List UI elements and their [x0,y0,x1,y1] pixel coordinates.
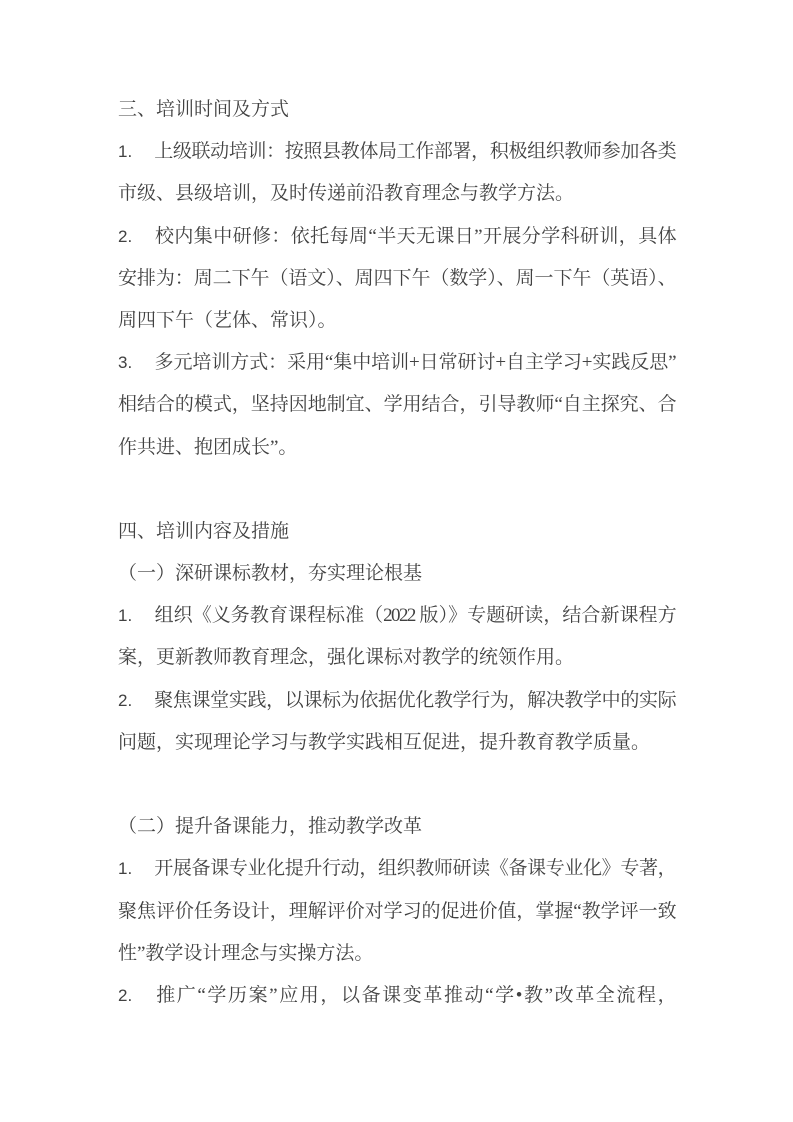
numbered-item: 1.上级联动培训：按照县教体局工作部署，积极组织教师参加各类 [118,131,675,173]
paragraph-line: 聚焦评价任务设计，理解评价对学习的促进价值，掌握“教学评一致 [118,891,675,933]
paragraph-line: 案，更新教师教育理念，强化课标对教学的统领作用。 [118,637,675,679]
numbered-item: 1.组织《义务教育课程标准（2022 版）》专题研读，结合新课程方 [118,595,675,637]
item-text: 校内集中研修：依托每周“半天无课日”开展分学科研训，具体 [153,226,675,247]
document-page: 三、培训时间及方式 1.上级联动培训：按照县教体局工作部署，积极组织教师参加各类… [0,0,793,1122]
numbered-item: 3.多元培训方式：采用“集中培训+日常研讨+自主学习+实践反思” [118,342,675,384]
section-heading: 四、培训内容及措施 [118,511,675,553]
item-text: 开展备课专业化提升行动，组织教师研读《备课专业化》专著， [153,858,675,879]
subsection-heading: （一）深研课标教材，夯实理论根基 [118,553,675,595]
item-text: 组织《义务教育课程标准（2022 版）》专题研读，结合新课程方 [153,605,675,626]
item-text: 聚焦课堂实践，以课标为依据优化教学行为，解决教学中的实际 [153,690,675,711]
subsection-heading: （二）提升备课能力，推动教学改革 [118,806,675,848]
numbered-item: 2.校内集中研修：依托每周“半天无课日”开展分学科研训，具体 [118,216,675,258]
numbered-item: 2.聚焦课堂实践，以课标为依据优化教学行为，解决教学中的实际 [118,680,675,722]
item-number: 2. [118,975,153,1017]
paragraph-line: 问题，实现理论学习与教学实践相互促进，提升教育教学质量。 [118,722,675,764]
numbered-item: 2.推广“学历案”应用，以备课变革推动“学•教”改革全流程， [118,975,675,1017]
paragraph-line: 市级、县级培训，及时传递前沿教育理念与教学方法。 [118,173,675,215]
item-number: 3. [118,342,153,384]
item-text: 上级联动培训：按照县教体局工作部署，积极组织教师参加各类 [153,141,675,162]
item-text: 推广“学历案”应用，以备课变革推动“学•教”改革全流程， [153,985,675,1006]
item-number: 2. [118,216,153,258]
blank-line [118,764,675,806]
section-heading: 三、培训时间及方式 [118,89,675,131]
paragraph-line: 安排为：周二下午（语文）、周四下午（数学）、周一下午（英语）、 [118,258,675,300]
numbered-item: 1.开展备课专业化提升行动，组织教师研读《备课专业化》专著， [118,848,675,890]
item-number: 1. [118,595,153,637]
paragraph-line: 周四下午（艺体、常识）。 [118,300,675,342]
item-number: 1. [118,848,153,890]
item-number: 1. [118,131,153,173]
paragraph-line: 作共进、抱团成长”。 [118,427,675,469]
blank-line [118,469,675,511]
paragraph-line: 相结合的模式，坚持因地制宜、学用结合，引导教师“自主探究、合 [118,384,675,426]
paragraph-line: 性”教学设计理念与实操方法。 [118,933,675,975]
item-text: 多元培训方式：采用“集中培训+日常研讨+自主学习+实践反思” [153,352,675,373]
item-number: 2. [118,680,153,722]
